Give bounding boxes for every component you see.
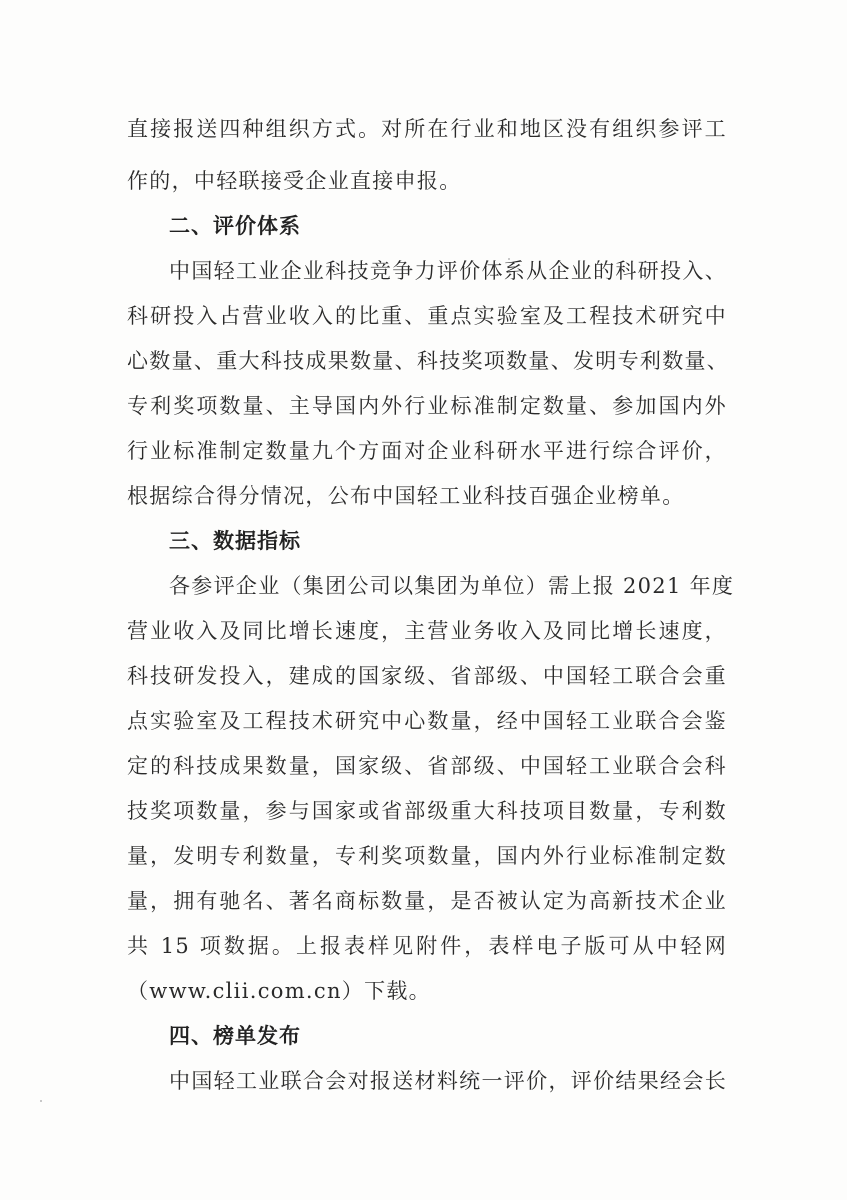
paragraph-line: 量，发明专利数量，专利奖项数量，国内外行业标准制定数 bbox=[127, 841, 727, 871]
paragraph-line: 各参评企业（集团公司以集团为单位）需上报 2021 年度 bbox=[169, 571, 727, 601]
section-heading-data-indicators: 三、数据指标 bbox=[169, 526, 301, 556]
paragraph-line: 直接报送四种组织方式。对所在行业和地区没有组织参评工 bbox=[127, 114, 727, 144]
scan-speck bbox=[508, 258, 510, 260]
paragraph-line: 中国轻工业企业科技竞争力评价体系从企业的科研投入、 bbox=[169, 256, 727, 286]
paragraph-line: 心数量、重大科技成果数量、科技奖项数量、发明专利数量、 bbox=[127, 346, 727, 376]
section-heading-list-release: 四、榜单发布 bbox=[169, 1021, 301, 1051]
paragraph-line: 营业收入及同比增长速度，主营业务收入及同比增长速度， bbox=[127, 616, 727, 646]
paragraph-line: 作的，中轻联接受企业直接申报。 bbox=[127, 166, 727, 196]
paragraph-line: 行业标准制定数量九个方面对企业科研水平进行综合评价， bbox=[127, 436, 727, 466]
paragraph-line: 量，拥有驰名、著名商标数量，是否被认定为高新技术企业 bbox=[127, 886, 727, 916]
paragraph-line: 科技研发投入，建成的国家级、省部级、中国轻工联合会重 bbox=[127, 661, 727, 691]
document-page: 直接报送四种组织方式。对所在行业和地区没有组织参评工 作的，中轻联接受企业直接申… bbox=[0, 0, 847, 1200]
paragraph-line: 中国轻工业联合会对报送材料统一评价，评价结果经会长 bbox=[169, 1066, 727, 1096]
section-heading-evaluation-system: 二、评价体系 bbox=[169, 211, 301, 241]
paragraph-line: 技奖项数量，参与国家或省部级重大科技项目数量，专利数 bbox=[127, 796, 727, 826]
scan-speck bbox=[40, 1100, 42, 1102]
paragraph-line: 共 15 项数据。上报表样见附件，表样电子版可从中轻网 bbox=[127, 931, 727, 961]
paragraph-line: 定的科技成果数量，国家级、省部级、中国轻工业联合会科 bbox=[127, 751, 727, 781]
paragraph-line: 点实验室及工程技术研究中心数量，经中国轻工业联合会鉴 bbox=[127, 706, 727, 736]
paragraph-line: 根据综合得分情况，公布中国轻工业科技百强企业榜单。 bbox=[127, 481, 727, 511]
paragraph-line: 专利奖项数量、主导国内外行业标准制定数量、参加国内外 bbox=[127, 391, 727, 421]
paragraph-line: （www.clii.com.cn）下载。 bbox=[127, 976, 727, 1006]
paragraph-line: 科研投入占营业收入的比重、重点实验室及工程技术研究中 bbox=[127, 301, 727, 331]
